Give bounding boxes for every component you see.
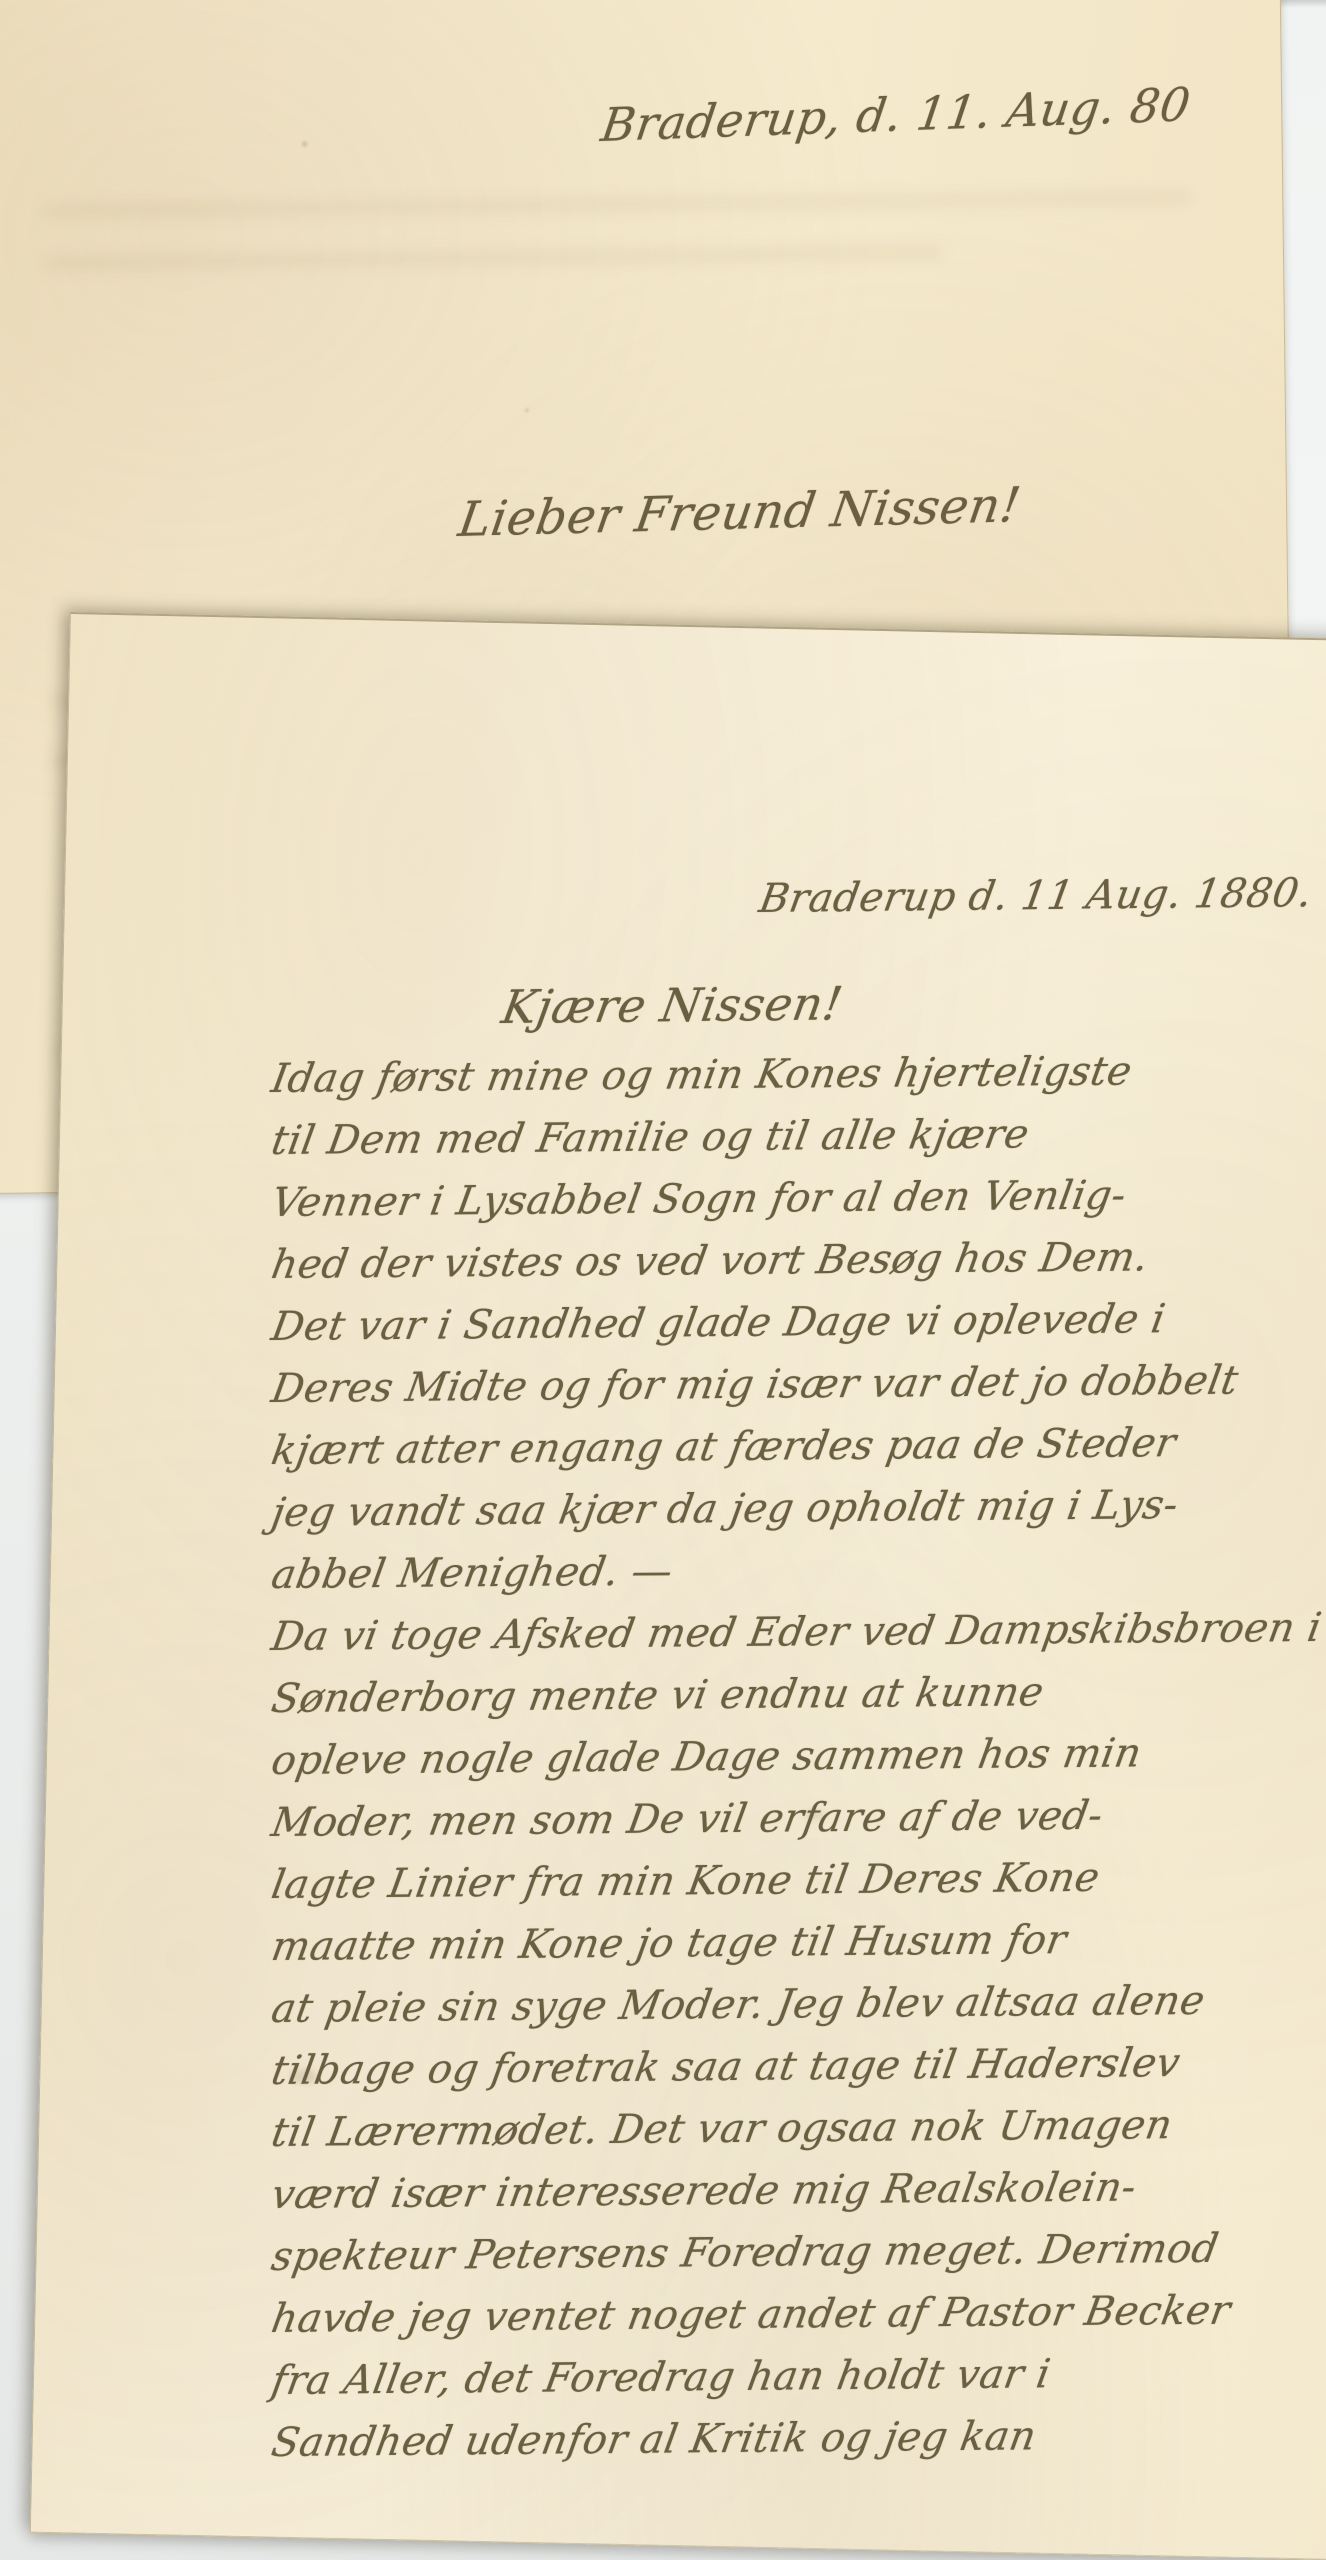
- page2-dateline: Braderup d. 11 Aug. 1880.: [756, 870, 1316, 922]
- letter-body-line: Deres Midte og for mig især var det jo d…: [267, 1349, 1326, 1420]
- page2-letter-body: Idag først mine og min Kones hjerteligst…: [272, 1048, 1322, 2474]
- bleed-through-texture: [42, 190, 1192, 218]
- letter-body-line: kjært atter engang at færdes paa de Sted…: [267, 1411, 1326, 1482]
- letter-body-line: Moder, men som De vil erfare af de ved-: [267, 1783, 1326, 1854]
- letter-body-line: fra Aller, det Foredrag han holdt var i: [267, 2341, 1326, 2412]
- letter-body-line: jeg vandt saa kjær da jeg opholdt mig i …: [267, 1473, 1326, 1544]
- letter-body-line: Sandhed udenfor al Kritik og jeg kan: [267, 2403, 1326, 2474]
- letter-body-line: opleve nogle glade Dage sammen hos min: [267, 1721, 1326, 1792]
- letter-body-line: Da vi toge Afsked med Eder ved Dampskibs…: [267, 1597, 1326, 1668]
- letter-body-line: Idag først mine og min Kones hjerteligst…: [267, 1039, 1326, 1110]
- letter-body-line: værd især interesserede mig Realskolein-: [267, 2155, 1326, 2226]
- scan-canvas: Braderup, d. 11. Aug. 80 Lieber Freund N…: [0, 0, 1326, 2560]
- foxing-spot: [525, 408, 529, 412]
- bleed-through-texture: [43, 245, 943, 270]
- letter-body-line: tilbage og foretrak saa at tage til Hade…: [267, 2031, 1326, 2102]
- letter-body-line: lagte Linier fra min Kone til Deres Kone: [267, 1845, 1326, 1916]
- letter-body-line: maatte min Kone jo tage til Husum for: [267, 1907, 1326, 1978]
- letter-body-line: abbel Menighed. —: [267, 1535, 1326, 1606]
- foxing-spot: [302, 141, 308, 147]
- page2-salutation: Kjære Nissen!: [498, 976, 847, 1034]
- letter-body-line: Venner i Lysabbel Sogn for al den Venlig…: [267, 1163, 1326, 1234]
- letter-body-line: til Dem med Familie og til alle kjære: [267, 1101, 1326, 1172]
- letter-body-line: at pleie sin syge Moder. Jeg blev altsaa…: [267, 1969, 1326, 2040]
- letter-body-line: hed der vistes os ved vort Besøg hos Dem…: [267, 1225, 1326, 1296]
- letter-body-line: Det var i Sandhed glade Dage vi oplevede…: [267, 1287, 1326, 1358]
- letter-body-line: spekteur Petersens Foredrag meget. Derim…: [267, 2217, 1326, 2288]
- letter-body-line: havde jeg ventet noget andet af Pastor B…: [267, 2279, 1326, 2350]
- letter-body-line: til Lærermødet. Det var ogsaa nok Umagen: [267, 2093, 1326, 2164]
- letter-body-line: Sønderborg mente vi endnu at kunne: [267, 1659, 1326, 1730]
